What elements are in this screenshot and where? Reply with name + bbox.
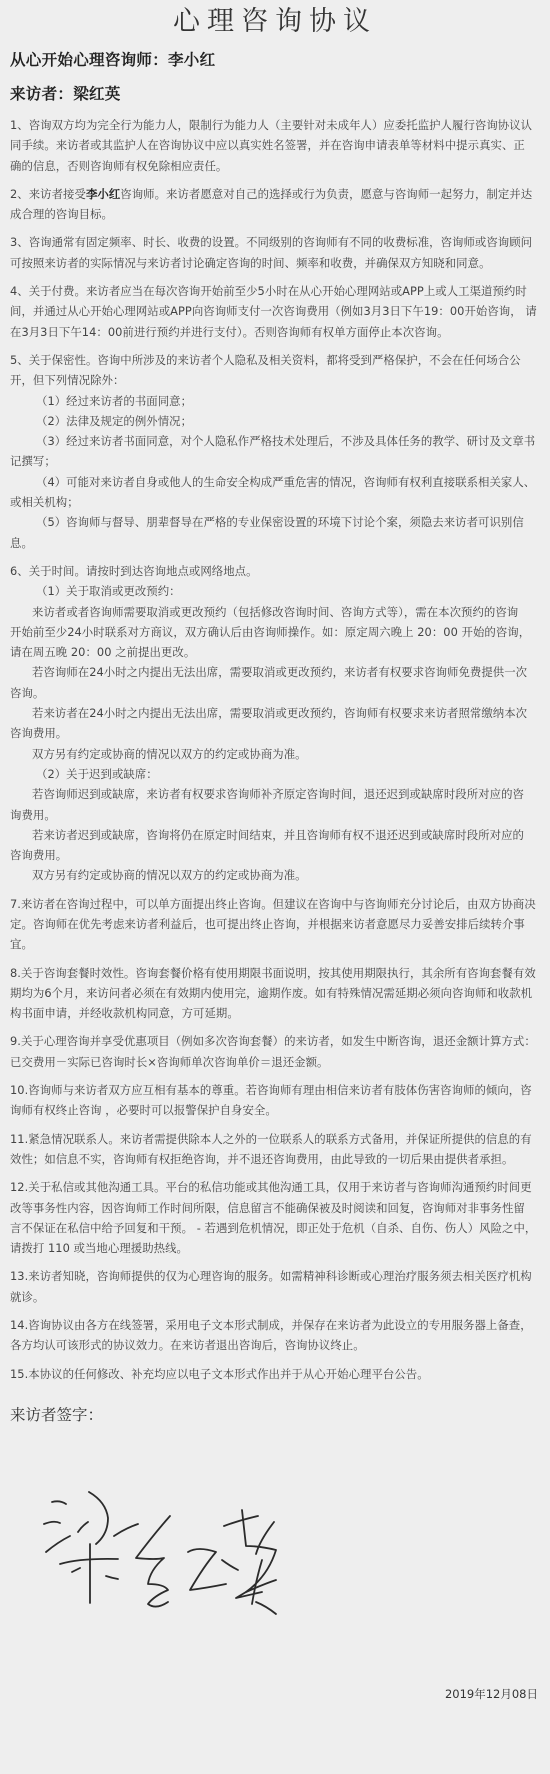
clause-line: 若来访者迟到或缺席，咨询将仍在原定时间结束，并且咨询师有权不退还迟到或缺席时段所… — [10, 825, 540, 845]
clause-15: 15.本协议的任何修改、补充均应以电子文本形式作出并于从心开始心理平台公告。 — [10, 1364, 540, 1384]
agreement-document: 心理咨询协议 从心开始心理咨询师：李小红 来访者：梁红英 1、咨询双方均为完全行… — [0, 0, 550, 1430]
clause-10: 10.咨询师与来访者双方应互相有基本的尊重。若咨询师有理由相信来访者有肢体伤害咨… — [10, 1080, 540, 1121]
clause-line: 若咨询师迟到或缺席，来访者有权要求咨询师补齐原定咨询时间，退还迟到或缺席时段所对… — [10, 784, 540, 804]
clause-line: 各方均认可该形式的协议效力。在来访者退出咨询后，咨询协议终止。 — [10, 1335, 540, 1355]
clause-line: 息。 — [10, 533, 540, 553]
document-title: 心理咨询协议 — [10, 0, 540, 42]
clause-line: 在3月3日下午14：00前进行预约并进行支付）。否则咨询师有权单方面停止本次咨询… — [10, 322, 540, 342]
clause-line: 双方另有约定或协商的情况以双方的约定或协商为准。 — [10, 865, 540, 885]
clause-heading: 6、关于时间。请按时到达咨询地点或网络地点。 — [10, 561, 540, 581]
clause-line: 咨询费用。 — [10, 723, 540, 743]
clause-line: 改等事务性内容，因咨询师工作时间所限，信息留言不能确保被及时阅读和回复，咨询师对… — [10, 1198, 540, 1218]
clause-line: 定。咨询师在优先考虑来访者利益后，也可提出终止咨询，并根据来访者意愿尽力妥善安排… — [10, 914, 540, 934]
clause-line: 询师有权终止咨询 ，必要时可以报警保护自身安全。 — [10, 1100, 540, 1120]
clause-line: 12.关于私信或其他沟通工具。平台的私信功能或其他沟通工具，仅用于来访者与咨询师… — [10, 1177, 540, 1197]
subsection-cancel-title: （1）关于取消或更改预约： — [10, 581, 540, 601]
clause-14: 14.咨询协议由各方在线签署，采用电子文本形式制成，并保存在来访者为此设立的专用… — [10, 1315, 540, 1356]
signature-date: 2019年12月08日 — [445, 1686, 538, 1702]
clause-line: 2、来访者接受李小红咨询师。来访者愿意对自己的选择或行为负责，愿意与咨询师一起努… — [10, 184, 540, 204]
handwritten-signature-icon — [30, 1480, 300, 1620]
signature-label: 来访者签字： — [10, 1400, 540, 1430]
clause-line: 1、咨询双方均为完全行为能力人，限制行为能力人（主要针对未成年人）应委托监护人履… — [10, 115, 540, 135]
clause-line: 若来访者在24小时之内提出无法出席，需要取消或更改预约，咨询师有权要求来访者照常… — [10, 703, 540, 723]
clause-line: 请拨打 110 或当地心理援助热线。 — [10, 1238, 540, 1258]
clause-line: 言不保证在私信中给予回复和干预。 - 若遇到危机情况，即正处于危机（自杀、自伤、… — [10, 1218, 540, 1238]
clause-line: 14.咨询协议由各方在线签署，采用电子文本形式制成，并保存在来访者为此设立的专用… — [10, 1315, 540, 1335]
subsection-late-title: （2）关于迟到或缺席： — [10, 764, 540, 784]
clause-line: 若咨询师在24小时之内提出无法出席，需要取消或更改预约，来访者有权要求咨询师免费… — [10, 662, 540, 682]
clause-line: 来访者或者咨询师需要取消或更改预约（包括修改咨询时间、咨询方式等），需在本次预约… — [10, 602, 540, 622]
counselor-label: 从心开始心理咨询师：李小红 — [10, 43, 540, 77]
clause-12: 12.关于私信或其他沟通工具。平台的私信功能或其他沟通工具，仅用于来访者与咨询师… — [10, 1177, 540, 1258]
clause-line: 咨询费用。 — [10, 845, 540, 865]
clause-line: 同手续。来访者或其监护人在咨询协议中应以真实姓名签署，并在咨询申请表单等材料中提… — [10, 135, 540, 155]
clause-line: 记撰写； — [10, 451, 540, 471]
confidentiality-exception-1: （1）经过来访者的书面同意； — [10, 391, 540, 411]
clause-line: 双方另有约定或协商的情况以双方的约定或协商为准。 — [10, 744, 540, 764]
clause-line: 9.关于心理咨询并享受优惠项目（例如多次咨询套餐）的来访者，如发生中断咨询，退还… — [10, 1031, 540, 1051]
clause-line: 确的信息，否则咨询师有权免除相应责任。 — [10, 156, 540, 176]
clause-line: 请在周五晚 20：00 之前提出更改。 — [10, 642, 540, 662]
clause-line: 或相关机构； — [10, 492, 540, 512]
clause-3: 3、咨询通常有固定频率、时长、收费的设置。不同级别的咨询师有不同的收费标准，咨询… — [10, 232, 540, 273]
clause-line: 期均为6个月，来访问者必须在有效期内使用完，逾期作废。如有特殊情况需延期必须向咨… — [10, 983, 540, 1003]
clause-1: 1、咨询双方均为完全行为能力人，限制行为能力人（主要针对未成年人）应委托监护人履… — [10, 115, 540, 176]
clause-line: 13.来访者知晓，咨询师提供的仅为心理咨询的服务。如需精神科诊断或心理治疗服务须… — [10, 1266, 540, 1286]
clause-line: 间，并通过从心开始心理网站或APP向咨询师支付一次咨询费用（例如3月3日下午19… — [10, 301, 540, 321]
clause-9: 9.关于心理咨询并享受优惠项目（例如多次咨询套餐）的来访者，如发生中断咨询，退还… — [10, 1031, 540, 1072]
clause-text: 咨询师。来访者愿意对自己的选择或行为负责，愿意与咨询师一起努力，制定并达 — [120, 187, 532, 201]
clause-line: 效性；如信息不实，咨询师有权拒绝咨询，并不退还咨询费用，由此导致的一切后果由提供… — [10, 1149, 540, 1169]
clause-8: 8.关于咨询套餐时效性。咨询套餐价格有使用期限书面说明，按其使用期限执行，其余所… — [10, 963, 540, 1024]
clause-line: 已交费用－实际已咨询时长×咨询师单次咨询单价＝退还金额。 — [10, 1052, 540, 1072]
clause-line: 可按照来访者的实际情况与来访者讨论确定咨询的时间、频率和收费，并确保双方知晓和同… — [10, 253, 540, 273]
clause-line: 咨询。 — [10, 683, 540, 703]
clause-line: 7.来访者在咨询过程中，可以单方面提出终止咨询。但建议在咨询中与咨询师充分讨论后… — [10, 894, 540, 914]
clause-5: 5、关于保密性。咨询中所涉及的来访者个人隐私及相关资料，都将受到严格保护，不会在… — [10, 350, 540, 553]
clause-line: 11.紧急情况联系人。来访者需提供除本人之外的一位联系人的联系方式备用，并保证所… — [10, 1129, 540, 1149]
clause-7: 7.来访者在咨询过程中，可以单方面提出终止咨询。但建议在咨询中与咨询师充分讨论后… — [10, 894, 540, 955]
clause-line: 开，但下列情况除外： — [10, 370, 540, 390]
clause-line: 10.咨询师与来访者双方应互相有基本的尊重。若咨询师有理由相信来访者有肢体伤害咨… — [10, 1080, 540, 1100]
clause-13: 13.来访者知晓，咨询师提供的仅为心理咨询的服务。如需精神科诊断或心理治疗服务须… — [10, 1266, 540, 1307]
clause-line: 15.本协议的任何修改、补充均应以电子文本形式作出并于从心开始心理平台公告。 — [10, 1364, 540, 1384]
clause-line: 3、咨询通常有固定频率、时长、收费的设置。不同级别的咨询师有不同的收费标准，咨询… — [10, 232, 540, 252]
clause-2: 2、来访者接受李小红咨询师。来访者愿意对自己的选择或行为负责，愿意与咨询师一起努… — [10, 184, 540, 225]
confidentiality-exception-3: （3）经过来访者书面同意，对个人隐私作严格技术处理后，不涉及具体任务的教学、研讨… — [10, 431, 540, 451]
clause-line: 就诊。 — [10, 1287, 540, 1307]
confidentiality-exception-4: （4）可能对来访者自身或他人的生命安全构成严重危害的情况，咨询师有权利直接联系相… — [10, 472, 540, 492]
client-label: 来访者：梁红英 — [10, 77, 540, 111]
clause-line: 5、关于保密性。咨询中所涉及的来访者个人隐私及相关资料，都将受到严格保护，不会在… — [10, 350, 540, 370]
clause-6: 6、关于时间。请按时到达咨询地点或网络地点。 （1）关于取消或更改预约： 来访者… — [10, 561, 540, 886]
confidentiality-exception-5: （5）咨询师与督导、朋辈督导在严格的专业保密设置的环境下讨论个案，须隐去来访者可… — [10, 512, 540, 532]
clause-4: 4、关于付费。来访者应当在每次咨询开始前至少5小时在从心开始心理网站或APP上或… — [10, 281, 540, 342]
clause-11: 11.紧急情况联系人。来访者需提供除本人之外的一位联系人的联系方式备用，并保证所… — [10, 1129, 540, 1170]
clause-line: 8.关于咨询套餐时效性。咨询套餐价格有使用期限书面说明，按其使用期限执行，其余所… — [10, 963, 540, 983]
confidentiality-exception-2: （2）法律及规定的例外情况； — [10, 411, 540, 431]
counselor-name-bold: 李小红 — [86, 187, 120, 201]
clause-line: 开始前至少24小时联系对方商议，双方确认后由咨询师操作。如：原定周六晚上 20：… — [10, 622, 540, 642]
clause-line: 构书面申请，并经收款机构同意，方可延期。 — [10, 1003, 540, 1023]
clause-line: 询费用。 — [10, 805, 540, 825]
clause-text: 2、来访者接受 — [10, 187, 86, 201]
clause-line: 4、关于付费。来访者应当在每次咨询开始前至少5小时在从心开始心理网站或APP上或… — [10, 281, 540, 301]
clause-line: 成合理的咨询目标。 — [10, 204, 540, 224]
clause-line: 宜。 — [10, 934, 540, 954]
